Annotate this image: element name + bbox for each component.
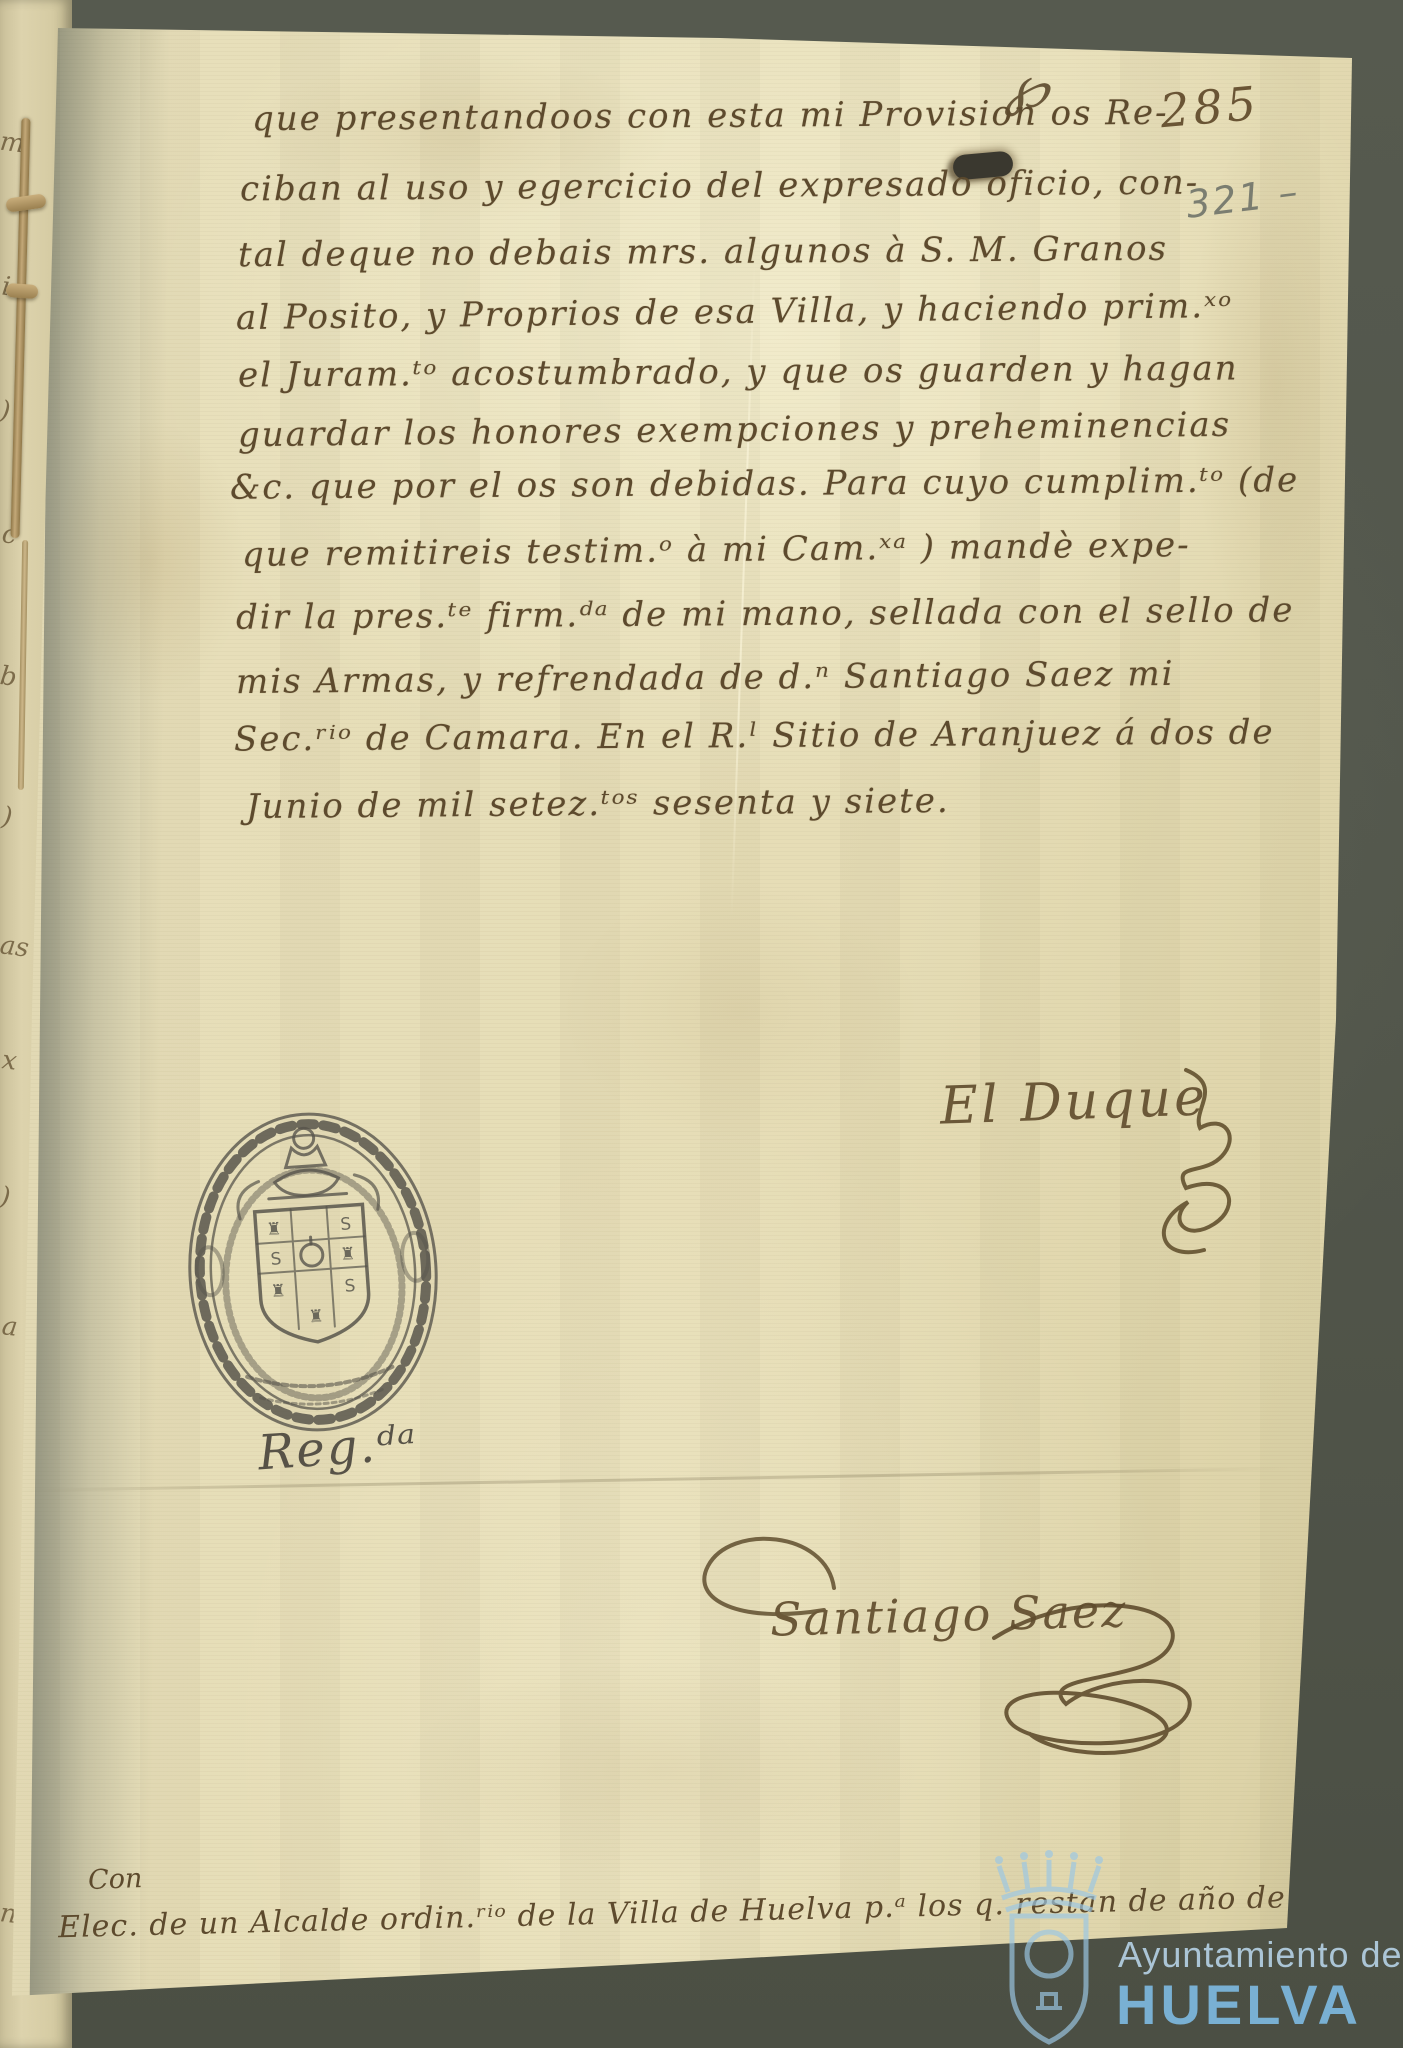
edge-text-fragment: as bbox=[0, 930, 31, 963]
manuscript-line: que presentandoos con esta mi Provision … bbox=[252, 93, 1169, 139]
watermark-text-huelva: HUELVA bbox=[1116, 1972, 1362, 2037]
seal-caption: Reg.ᵈᵃ bbox=[256, 1414, 419, 1481]
folio-number: 285 bbox=[1158, 76, 1262, 138]
manuscript-line: Sec.ʳⁱᵒ de Camara. En el R.ˡ Sitio de Ar… bbox=[234, 712, 1275, 759]
svg-text:♜: ♜ bbox=[340, 1244, 357, 1265]
manuscript-page: ℘ 285 321 – que presentandoos con esta m… bbox=[0, 0, 1403, 2048]
manuscript-scan: mi)cb)asx)ano ℘ 285 321 – que presentand… bbox=[0, 0, 1403, 2048]
manuscript-line: Junio de mil setez.ᵗᵒˢ sesenta y siete. bbox=[246, 781, 950, 827]
manuscript-line: mis Armas, y refrendada de d.ⁿ Santiago … bbox=[236, 654, 1175, 702]
saez-rubric-flourish bbox=[970, 1576, 1220, 1766]
manuscript-line: ciban al uso y egercicio del expresado o… bbox=[240, 163, 1199, 210]
manuscript-line: &c. que por el os son debidas. Para cuyo… bbox=[230, 460, 1299, 507]
svg-text:S: S bbox=[340, 1214, 352, 1235]
watermark-text-ayuntamiento: Ayuntamiento de bbox=[1118, 1934, 1403, 1976]
svg-text:S: S bbox=[270, 1249, 282, 1270]
footer-prefix: Con bbox=[87, 1863, 142, 1896]
manuscript-line: el Juram.ᵗᵒ acostumbrado, y que os guard… bbox=[238, 349, 1239, 396]
manuscript-line: tal deque no debais mrs. algunos à S. M.… bbox=[238, 229, 1168, 275]
svg-text:♜: ♜ bbox=[270, 1281, 287, 1302]
duque-rubric-flourish bbox=[1128, 1066, 1248, 1276]
royal-seal-stamp: ♜S S♜ ♜S ♜ bbox=[171, 1095, 456, 1448]
manuscript-line: dir la pres.ᵗᵉ firm.ᵈᵃ de mi mano, sella… bbox=[236, 590, 1295, 637]
svg-text:S: S bbox=[344, 1276, 356, 1297]
gutter-shadow bbox=[30, 19, 171, 2010]
svg-text:♜: ♜ bbox=[308, 1306, 325, 1327]
svg-text:♜: ♜ bbox=[266, 1219, 283, 1240]
binding-knot-2 bbox=[6, 283, 39, 299]
